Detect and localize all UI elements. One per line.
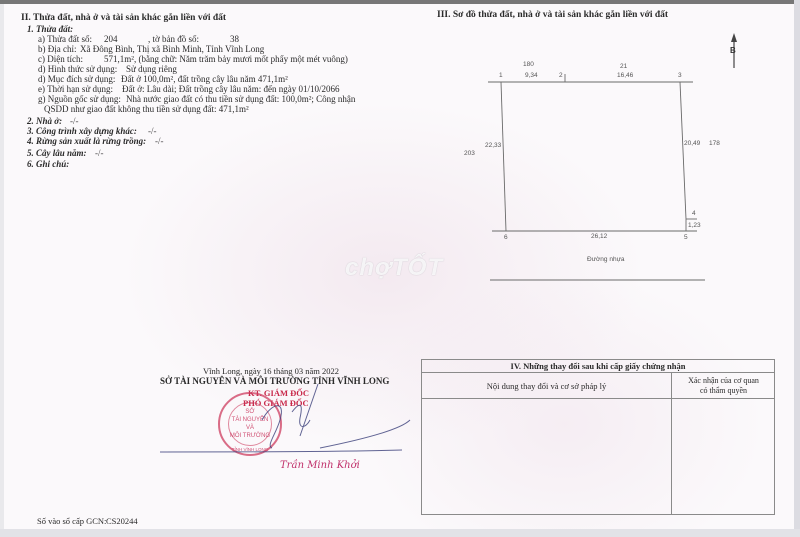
registry-label: Số vào sổ cấp GCN: xyxy=(37,516,106,526)
changes-col-confirmation-header: Xác nhận của cơ quan có thẩm quyền xyxy=(672,373,775,399)
changes-table: IV. Những thay đổi sau khi cấp giấy chứn… xyxy=(421,359,775,515)
registry-value: CS20244 xyxy=(106,516,138,526)
changes-table-title: IV. Những thay đổi sau khi cấp giấy chứn… xyxy=(422,360,774,373)
confirmation-header-line-1: Xác nhận của cơ quan xyxy=(672,376,775,386)
changes-col-content-header: Nội dung thay đổi và cơ sở pháp lý xyxy=(422,373,672,399)
confirmation-header-line-2: có thẩm quyền xyxy=(672,386,775,396)
changes-confirmation-cell xyxy=(672,399,774,514)
signer-name: Trần Minh Khởi xyxy=(280,461,360,471)
changes-content-cell xyxy=(422,399,672,514)
